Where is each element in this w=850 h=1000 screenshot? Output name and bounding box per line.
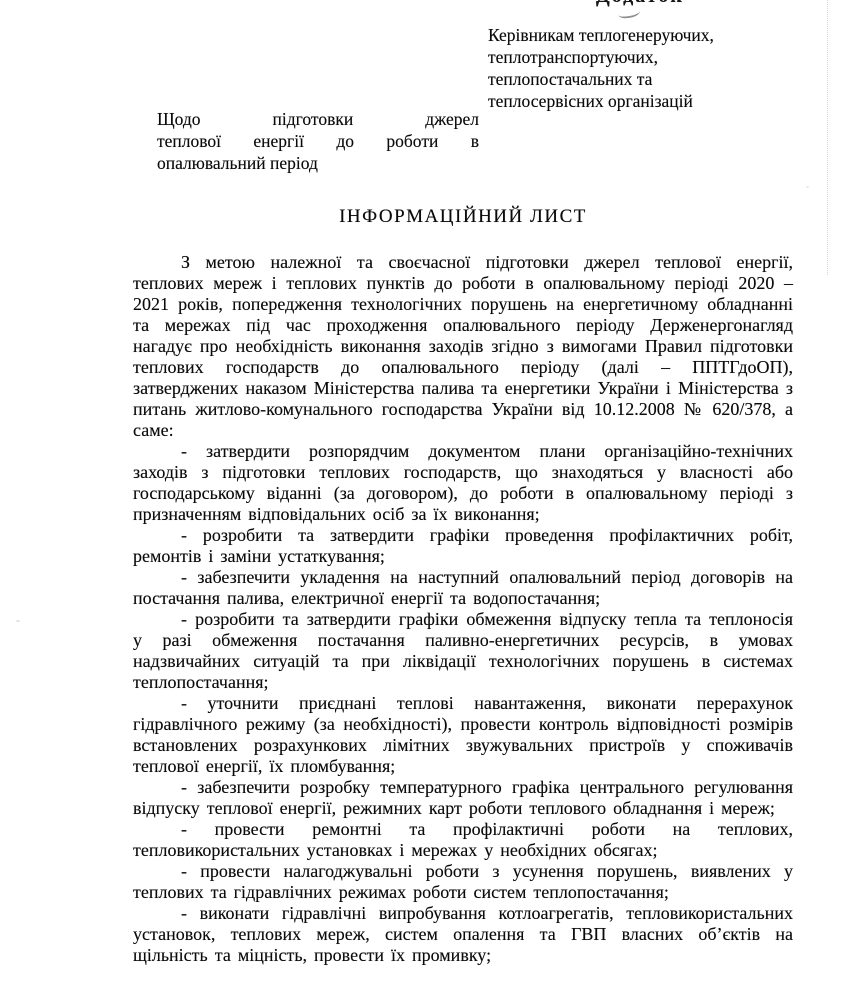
document-body: З метою належної та своєчасної підготовк…	[133, 252, 793, 966]
addressee-block: Керівникам теплогенеруючих, теплотранспо…	[488, 24, 793, 112]
list-item: - затвердити розпорядчим документом план…	[133, 441, 793, 525]
subject-line: опалювальний період	[157, 152, 479, 174]
list-item: - уточнити приєднані теплові навантаженн…	[133, 693, 793, 777]
list-item: - розробити та затвердити графіки провед…	[133, 525, 793, 567]
scan-edge-artifact	[827, 0, 828, 275]
list-item: - провести налагоджувальні роботи з усун…	[133, 861, 793, 903]
subject-block: Щодо підготовки джерел теплової енергії …	[157, 108, 479, 174]
subject-line: теплової енергії до роботи в	[157, 130, 479, 152]
list-item: - провести ремонтні та профілактичні роб…	[133, 819, 793, 861]
scan-speck	[806, 186, 809, 188]
intro-paragraph: З метою належної та своєчасної підготовк…	[133, 252, 793, 441]
list-item: - розробити та затвердити графіки обмеже…	[133, 609, 793, 693]
list-item: - забезпечити розробку температурного гр…	[133, 777, 793, 819]
pen-mark	[617, 6, 640, 20]
list-item: - виконати гідравлічні випробування котл…	[133, 903, 793, 966]
document-title: ІНФОРМАЦІЙНИЙ ЛИСТ	[133, 206, 793, 228]
cut-off-header-text: Додаток	[596, 0, 726, 7]
scan-speck	[16, 620, 20, 622]
subject-line: Щодо підготовки джерел	[157, 108, 479, 130]
cut-off-header-label: Додаток	[596, 0, 726, 7]
scanned-letter-page: Додаток Керівникам теплогенеруючих, тепл…	[0, 0, 850, 1000]
list-item: - забезпечити укладення на наступний опа…	[133, 567, 793, 609]
addressee-line: теплотранспортуючих,	[488, 46, 793, 68]
addressee-line: Керівникам теплогенеруючих,	[488, 24, 793, 46]
addressee-line: теплосервісних організацій	[488, 90, 793, 112]
addressee-line: теплопостачальних та	[488, 68, 793, 90]
